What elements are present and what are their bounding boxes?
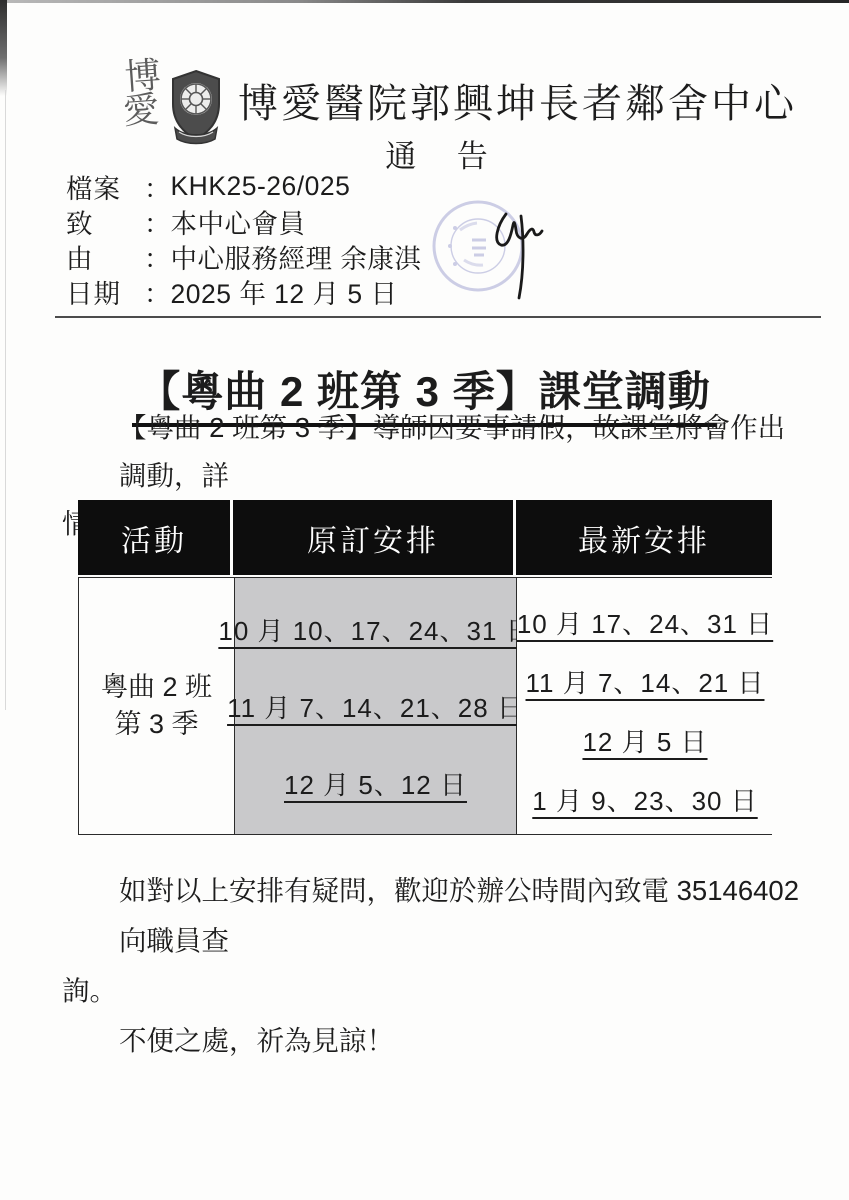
meta-row-from: 由 ： 中心服務經理 余康淇 xyxy=(66,239,421,274)
activity-name-line-2: 第 3 季 xyxy=(114,706,198,743)
original-schedule-cell: 10 月 10、17、24、31 日 11 月 7、14、21、28 日 12 … xyxy=(234,578,517,834)
original-date-line: 12 月 5、12 日 xyxy=(284,765,467,802)
closing-block: 如對以上安排有疑問，歡迎於辦公時間內致電 35146402 向職員查 詢。 不便… xyxy=(62,866,802,1066)
meta-label: 日期 xyxy=(66,272,144,311)
column-header-updated: 最新安排 xyxy=(516,500,772,575)
activity-cell: 粵曲 2 班 第 3 季 xyxy=(79,578,234,834)
meta-row-date: 日期 ： 2025 年 12 月 5 日 xyxy=(66,274,421,309)
manager-signature xyxy=(478,198,570,310)
org-name: 博愛醫院郭興坤長者鄰舍中心 xyxy=(238,58,797,129)
scan-edge-left xyxy=(0,0,7,96)
inquiry-line-2: 詢。 xyxy=(62,966,802,1016)
calligraphy-logo-text: 博 愛 xyxy=(124,59,173,130)
calligraphy-char-bottom: 愛 xyxy=(122,92,172,129)
updated-date-line: 12 月 5 日 xyxy=(582,722,707,759)
meta-row-to: 致 ： 本中心會員 xyxy=(66,204,421,239)
recipients: 本中心會員 xyxy=(171,202,306,241)
updated-schedule-cell: 10 月 17、24、31 日 11 月 7、14、21 日 12 月 5 日 … xyxy=(517,578,773,834)
meta-colon: ： xyxy=(144,202,171,241)
activity-name-line-1: 粵曲 2 班 xyxy=(101,669,212,706)
meta-row-file: 檔案 ： KHK25-26/025 xyxy=(66,169,421,204)
meta-label: 致 xyxy=(66,202,144,241)
original-date-line: 10 月 10、17、24、31 日 xyxy=(218,611,532,648)
column-header-original: 原訂安排 xyxy=(233,500,516,575)
updated-date-line: 1 月 9、23、30 日 xyxy=(532,781,757,818)
meta-label: 檔案 xyxy=(66,167,144,206)
scanned-notice-page: 博 愛 博愛醫院郭興坤長者鄰舍中心 通 告 檔案 xyxy=(0,0,849,1200)
table-body-row: 粵曲 2 班 第 3 季 10 月 10、17、24、31 日 11 月 7、1… xyxy=(78,577,772,835)
body-line-1: 【粵曲 2 班第 3 季】導師因要事請假，故課堂將會作出調動，詳 xyxy=(62,404,797,500)
updated-date-line: 10 月 17、24、31 日 xyxy=(517,604,773,641)
meta-colon: ： xyxy=(144,167,171,206)
meta-block: 檔案 ： KHK25-26/025 致 ： 本中心會員 由 ： 中心服務經理 余… xyxy=(66,169,421,309)
sender: 中心服務經理 余康淇 xyxy=(171,237,422,276)
scan-edge-top xyxy=(0,0,849,3)
column-header-activity: 活動 xyxy=(78,500,233,575)
updated-date-line: 11 月 7、14、21 日 xyxy=(526,663,765,700)
notice-date: 2025 年 12 月 5 日 xyxy=(171,272,398,311)
file-reference-number: KHK25-26/025 xyxy=(171,171,351,202)
meta-label: 由 xyxy=(66,237,144,276)
inquiry-line-1: 如對以上安排有疑問，歡迎於辦公時間內致電 35146402 向職員查 xyxy=(62,866,802,966)
table-header-row: 活動 原訂安排 最新安排 xyxy=(78,500,772,575)
header-divider-line xyxy=(55,316,821,318)
meta-colon: ： xyxy=(144,272,171,311)
apology-line: 不便之處，祈為見諒！ xyxy=(62,1016,802,1066)
schedule-table: 活動 原訂安排 最新安排 粵曲 2 班 第 3 季 10 月 10、17、24、… xyxy=(78,500,772,835)
original-date-line: 11 月 7、14、21、28 日 xyxy=(227,688,524,725)
meta-colon: ： xyxy=(144,237,171,276)
